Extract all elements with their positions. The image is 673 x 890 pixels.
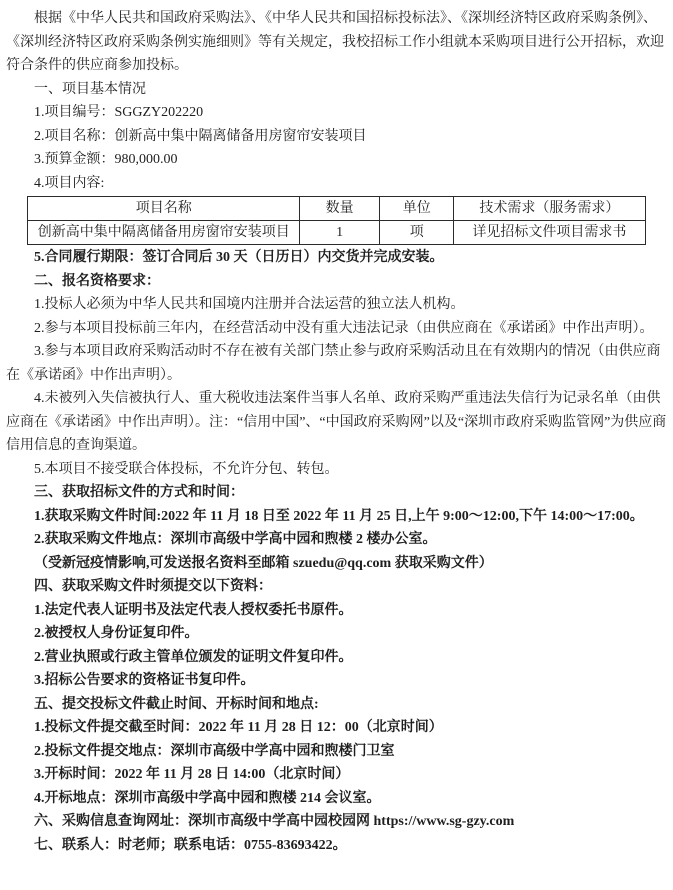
bid-submission-deadline: 1.投标文件提交截至时间：2022 年 11 月 28 日 12：00（北京时间… (6, 716, 667, 740)
section-4-heading: 四、获取采购文件时须提交以下资料： (6, 575, 667, 599)
qualification-item-5: 5.本项目不接受联合体投标，不允许分包、转包。 (6, 458, 667, 482)
project-name: 2.项目名称：创新高中集中隔离储备用房窗帘安装项目 (6, 125, 667, 149)
material-item-3: 2.营业执照或行政主管单位颁发的证明文件复印件。 (6, 646, 667, 670)
info-website: 六、采购信息查询网址：深圳市高级中学高中园校园网 https://www.sg-… (6, 810, 667, 834)
document-obtain-location: 2.获取采购文件地点：深圳市高级中学高中园和煦楼 2 楼办公室。 (6, 528, 667, 552)
bid-opening-time: 3.开标时间：2022 年 11 月 28 日 14:00（北京时间） (6, 763, 667, 787)
qualification-item-3: 3.参与本项目政府采购活动时不存在被有关部门禁止参与政府采购活动且在有效期内的情… (6, 340, 667, 387)
contact-info: 七、联系人：时老师；联系电话：0755-83693422。 (6, 834, 667, 858)
col-header-unit: 单位 (380, 197, 454, 221)
section-1-heading: 一、项目基本情况 (6, 78, 667, 102)
qualification-item-2: 2.参与本项目投标前三年内，在经营活动中没有重大违法记录（由供应商在《承诺函》中… (6, 317, 667, 341)
bid-opening-location: 4.开标地点：深圳市高级中学高中园和煦楼 214 会议室。 (6, 787, 667, 811)
covid-email-note: （受新冠疫情影响,可发送报名资料至邮箱 szuedu@qq.com 获取采购文件… (6, 552, 667, 576)
cell-unit: 项 (380, 221, 454, 245)
contract-period: 5.合同履行期限：签订合同后 30 天（日历日）内交货并完成安装。 (6, 246, 667, 270)
material-item-4: 3.招标公告要求的资格证书复印件。 (6, 669, 667, 693)
table-header-row: 项目名称 数量 单位 技术需求（服务需求） (28, 197, 645, 221)
budget-amount: 3.预算金额：980,000.00 (6, 148, 667, 172)
procurement-tender-notice: 根据《中华人民共和国政府采购法》、《中华人民共和国招标投标法》、《深圳经济特区政… (0, 0, 673, 890)
cell-requirements: 详见招标文件项目需求书 (454, 221, 645, 245)
bid-submission-location: 2.投标文件提交地点：深圳市高级中学高中园和煦楼门卫室 (6, 740, 667, 764)
project-content-label: 4.项目内容: (6, 172, 667, 196)
section-3-heading: 三、获取招标文件的方式和时间： (6, 481, 667, 505)
section-5-heading: 五、提交投标文件截止时间、开标时间和地点: (6, 693, 667, 717)
col-header-quantity: 数量 (299, 197, 379, 221)
intro-paragraph: 根据《中华人民共和国政府采购法》、《中华人民共和国招标投标法》、《深圳经济特区政… (6, 7, 667, 78)
qualification-item-1: 1.投标人必须为中华人民共和国境内注册并合法运营的独立法人机构。 (6, 293, 667, 317)
project-number: 1.项目编号：SGGZY202220 (6, 101, 667, 125)
table-row: 创新高中集中隔离储备用房窗帘安装项目 1 项 详见招标文件项目需求书 (28, 221, 645, 245)
cell-project-name: 创新高中集中隔离储备用房窗帘安装项目 (28, 221, 300, 245)
project-content-table: 项目名称 数量 单位 技术需求（服务需求） 创新高中集中隔离储备用房窗帘安装项目… (27, 196, 645, 245)
material-item-2: 2.被授权人身份证复印件。 (6, 622, 667, 646)
cell-quantity: 1 (299, 221, 379, 245)
section-2-heading: 二、报名资格要求： (6, 270, 667, 294)
material-item-1: 1.法定代表人证明书及法定代表人授权委托书原件。 (6, 599, 667, 623)
col-header-project-name: 项目名称 (28, 197, 300, 221)
document-obtain-time: 1.获取采购文件时间:2022 年 11 月 18 日至 2022 年 11 月… (6, 505, 667, 529)
qualification-item-4: 4.未被列入失信被执行人、重大税收违法案件当事人名单、政府采购严重违法失信行为记… (6, 387, 667, 458)
col-header-requirements: 技术需求（服务需求） (454, 197, 645, 221)
